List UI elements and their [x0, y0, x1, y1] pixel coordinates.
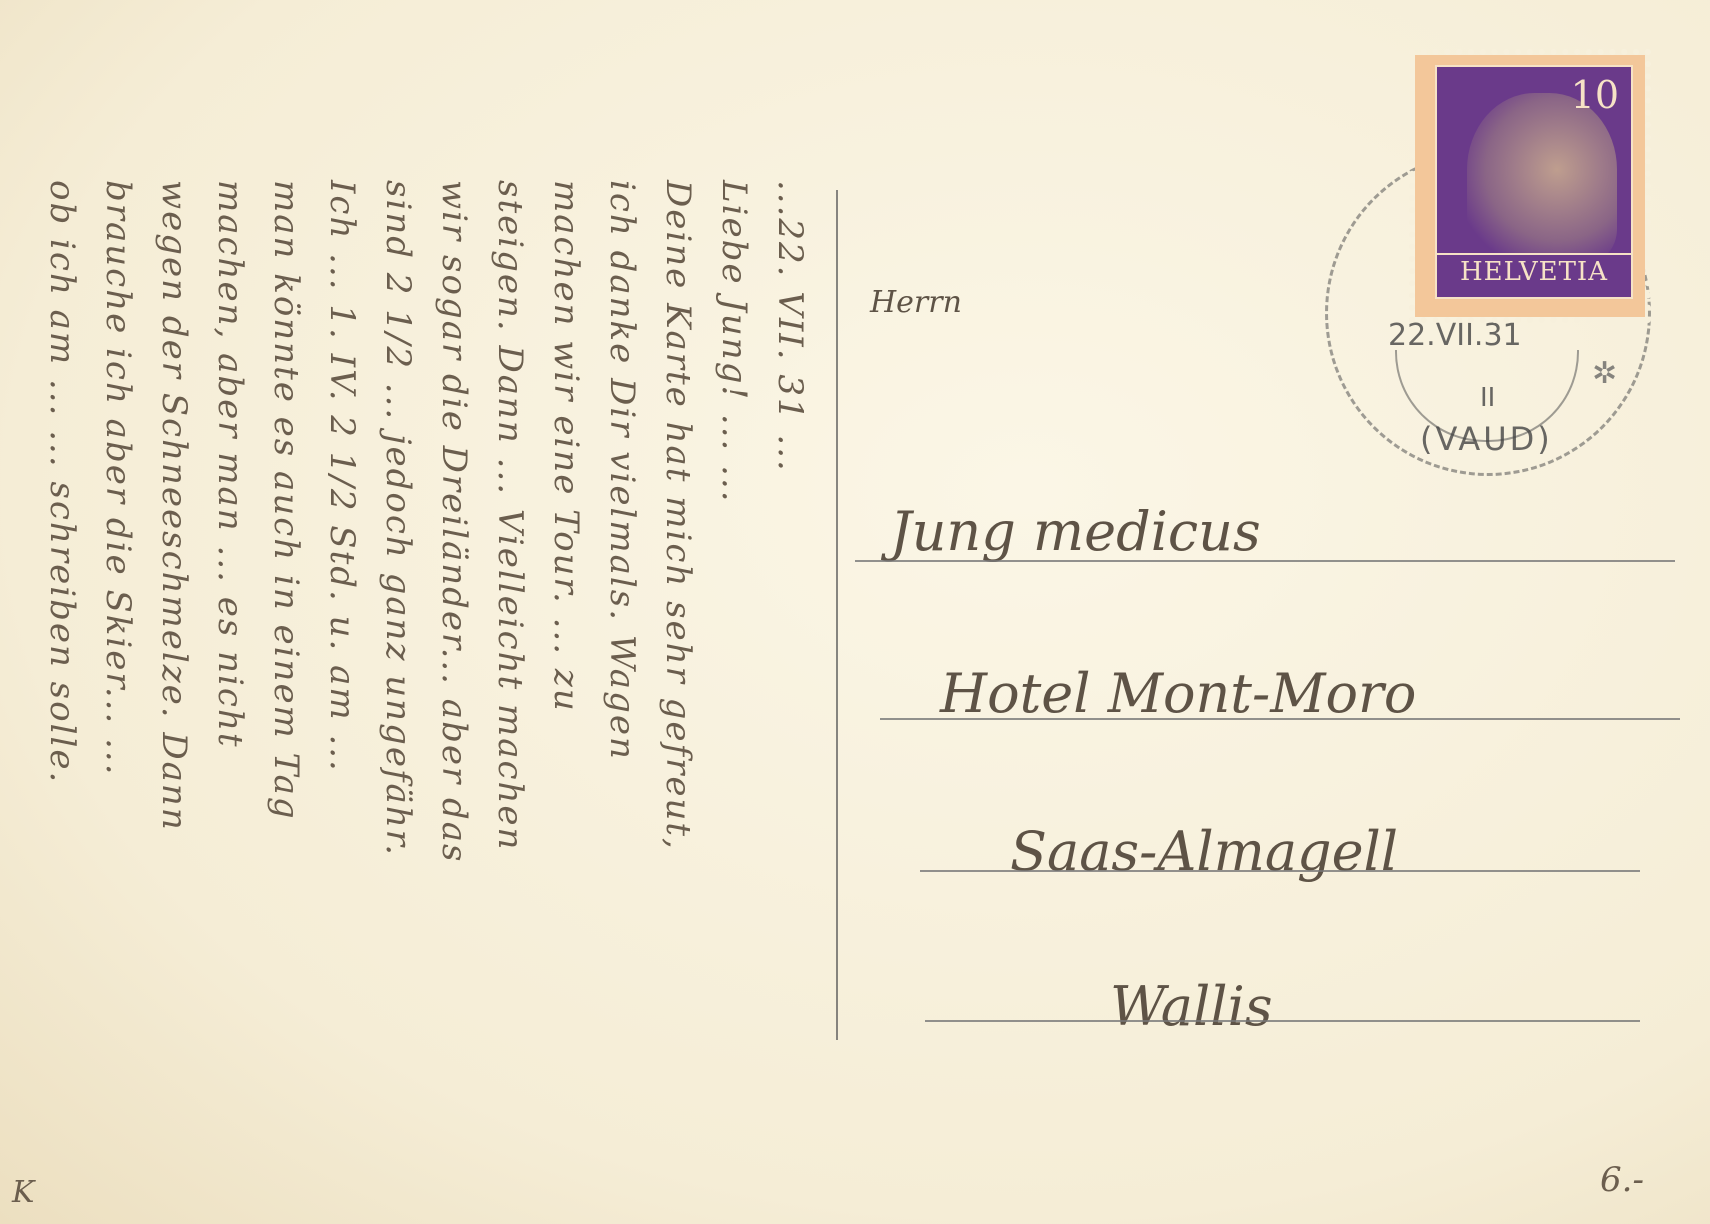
message-line: machen, aber man ... es nicht: [210, 180, 250, 749]
stamp-frame: 10 HELVETIA: [1435, 65, 1633, 299]
message-line: sind 2 1/2 ... jedoch ganz ungefähr.: [378, 180, 418, 857]
message-line: Liebe Jung! ... ...: [714, 180, 754, 504]
address-rule-1: [855, 560, 1675, 562]
message-line: ...22. VII. 31 ...: [770, 180, 810, 473]
address-rule-4: [925, 1020, 1640, 1022]
message-line: steigen. Dann ... Vielleicht machen: [490, 180, 530, 851]
message-line: man könnte es auch in einem Tag: [266, 180, 306, 821]
message-line: wir sogar die Dreiländer... aber das: [434, 180, 474, 864]
message-line: Deine Karte hat mich sehr gefreut,: [658, 180, 698, 851]
postmark-date: 22.VII.31: [1388, 318, 1522, 353]
address-line-hotel: Hotel Mont-Moro: [940, 662, 1416, 725]
postcard: ...22. VII. 31 ...Liebe Jung! ... ...Dei…: [0, 0, 1710, 1224]
postage-stamp: 10 HELVETIA: [1415, 55, 1645, 317]
handwritten-message: ...22. VII. 31 ...Liebe Jung! ... ...Dei…: [10, 160, 820, 1210]
address-line-name: Jung medicus: [890, 500, 1261, 563]
center-divider-line: [836, 190, 838, 1040]
message-line: ich danke Dir vielmals. Wagen: [602, 180, 642, 761]
address-rule-3: [920, 870, 1640, 872]
message-line: ob ich am ... ... schreiben solle.: [42, 180, 82, 784]
message-line: Ich ... 1. IV. 2 1/2 Std. u. am ...: [322, 180, 362, 773]
corner-mark: K: [12, 1175, 34, 1210]
postmark-office-number: II: [1480, 383, 1495, 413]
william-tell-portrait-icon: [1467, 93, 1617, 263]
address-line-canton: Wallis: [1110, 975, 1273, 1038]
postmark-star-icon: ✲: [1592, 356, 1617, 391]
stamp-value: 10: [1571, 73, 1619, 117]
message-line: wegen der Schneeschmelze. Dann: [154, 180, 194, 832]
pencil-price-note: 6.-: [1600, 1160, 1644, 1200]
postmark-region: (VAUD): [1420, 420, 1553, 458]
message-line: machen wir eine Tour. ... zu: [546, 180, 586, 713]
stamp-country: HELVETIA: [1437, 253, 1631, 289]
address-rule-2: [880, 718, 1680, 720]
address-salutation: Herrn: [870, 285, 962, 320]
address-line-town: Saas-Almagell: [1010, 820, 1398, 883]
message-line: brauche ich aber die Skier... ...: [98, 180, 138, 777]
